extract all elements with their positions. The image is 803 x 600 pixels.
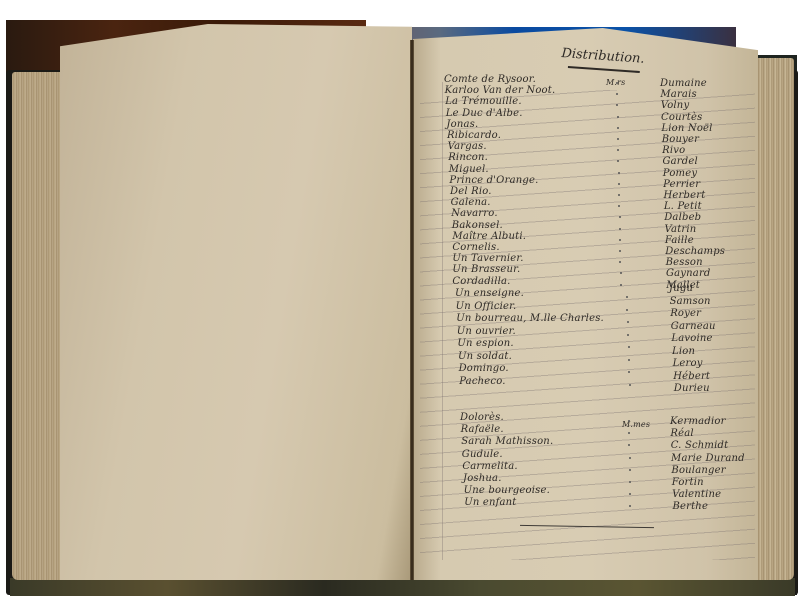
role-name: Karloo Van der Noot. — [445, 85, 556, 96]
actor-name: Marais — [660, 89, 696, 100]
book-cover-edge — [10, 578, 795, 596]
actor-name: Samson — [670, 296, 711, 307]
ditto-dot — [628, 346, 630, 348]
role-name: Comte de Rysoor. — [444, 74, 536, 85]
actor-name: Bouyer — [662, 134, 699, 145]
role-name: Une bourgeoise. — [464, 485, 550, 496]
actor-name: Rivo — [662, 145, 685, 156]
role-name: Un enfant — [464, 497, 516, 508]
role-name: Un ouvrier. — [457, 326, 516, 337]
ditto-dot — [616, 82, 618, 84]
role-name: Dolorès. — [460, 412, 504, 423]
ditto-dot — [629, 384, 631, 386]
actor-name: Vatrin — [665, 224, 697, 235]
ditto-dot — [627, 321, 629, 323]
role-name: Vargas. — [448, 141, 487, 152]
actor-name: Faille — [665, 235, 694, 246]
actor-name: Fortin — [672, 477, 704, 488]
role-name: Un Brasseur. — [452, 264, 520, 275]
actor-name: L. Petit — [664, 201, 702, 212]
role-name: Prince d'Orange. — [449, 175, 538, 186]
actor-name: Courtès — [661, 112, 702, 123]
book-gutter — [410, 40, 414, 580]
actor-name: Lion Noël — [661, 123, 712, 134]
role-name: Joshua. — [463, 473, 502, 484]
role-name: Gudule. — [462, 449, 503, 460]
actor-name: Boulanger — [671, 465, 725, 476]
women-label: M.mes — [622, 420, 650, 429]
actor-name: Leroy — [673, 358, 703, 369]
actor-name: Deschamps — [665, 246, 725, 257]
actor-name: Kermadior — [670, 416, 726, 427]
ditto-dot — [617, 127, 619, 129]
actor-name: Lion — [672, 346, 695, 357]
actor-name: Réal — [670, 428, 693, 439]
actor-name: Perrier — [663, 179, 700, 190]
actor-name: Valentine — [672, 489, 721, 500]
ditto-dot — [628, 359, 630, 361]
actor-name: Royer — [670, 308, 701, 319]
actor-name: Lavoine — [671, 333, 712, 344]
ditto-dot — [620, 284, 622, 286]
role-name: Navarro. — [451, 208, 498, 219]
role-name: Un espion. — [457, 338, 513, 349]
actor-name: Durieu — [674, 383, 710, 394]
actor-name: Gaynard — [666, 268, 711, 279]
actor-name: Garneau — [671, 321, 716, 332]
ditto-dot — [619, 228, 621, 230]
ditto-dot — [618, 172, 620, 174]
actor-name: Dalbeb — [664, 212, 701, 223]
role-name: La Trémouille. — [445, 96, 522, 107]
role-name: Miguel. — [449, 164, 489, 175]
ditto-dot — [618, 183, 620, 185]
actor-name: C. Schmidt — [671, 440, 729, 451]
ditto-dot — [619, 239, 621, 241]
actor-name: Besson — [666, 257, 703, 268]
actor-name: Dumaine — [660, 78, 707, 89]
role-name: Jonas. — [446, 119, 478, 130]
actor-name: Herbert — [664, 190, 706, 201]
ditto-dot — [628, 420, 630, 422]
role-name: Bakonsel. — [452, 220, 503, 231]
left-page-stack — [12, 72, 64, 580]
role-name: Un enseigne. — [455, 288, 524, 299]
role-name: Rincon. — [448, 152, 488, 163]
actor-name: Gardel — [662, 156, 697, 167]
role-name: Un soldat. — [458, 351, 512, 362]
role-name: Cordadilla. — [452, 276, 510, 287]
ditto-dot — [629, 457, 631, 459]
role-name: Domingo. — [459, 363, 509, 374]
role-name: Maître Albuti. — [452, 231, 526, 242]
role-name: Un Officier. — [456, 301, 517, 312]
role-name: Un bourreau, M.lle Charles. — [456, 313, 604, 324]
actor-name: Jugu — [669, 283, 693, 294]
role-name: Cornelis. — [452, 242, 499, 253]
role-name: Rafaële. — [461, 424, 504, 435]
actor-name: Volny — [661, 100, 690, 111]
role-name: Carmelita. — [462, 461, 517, 472]
role-name: Un Tavernier. — [452, 253, 523, 264]
margin-line — [442, 82, 443, 560]
actor-name: Hébert — [673, 371, 710, 382]
actor-name: Marie Durand — [671, 453, 745, 464]
role-name: Le Duc d'Albe. — [446, 108, 523, 119]
actor-name: Pomey — [663, 168, 697, 179]
ditto-dot — [627, 334, 629, 336]
role-name: Galena. — [451, 197, 491, 208]
ditto-dot — [626, 296, 628, 298]
actor-name: Berthe — [672, 501, 708, 512]
role-name: Pacheco. — [459, 376, 505, 387]
ditto-dot — [617, 116, 619, 118]
role-name: Del Rio. — [450, 186, 492, 197]
left-page-blank — [60, 24, 412, 580]
role-name: Ribicardo. — [447, 130, 501, 141]
role-name: Sarah Mathisson. — [461, 436, 553, 447]
right-page-stack — [752, 58, 794, 580]
ditto-dot — [629, 469, 631, 471]
